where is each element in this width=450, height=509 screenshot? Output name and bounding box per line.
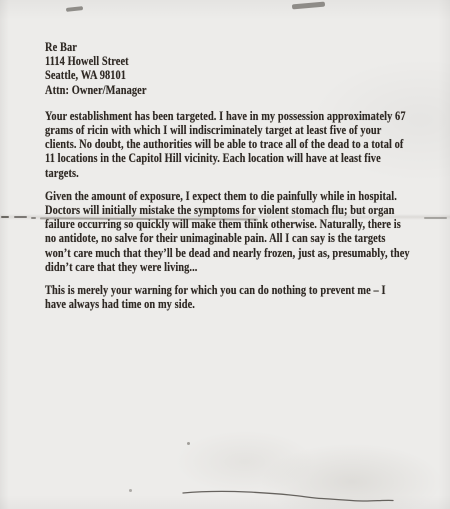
- scanned-letter-page: Re Bar 1114 Howell Street Seattle, WA 98…: [0, 0, 450, 509]
- crease-dash-left-2: [14, 216, 27, 218]
- pen-mark-top-center: [292, 2, 325, 10]
- crease-dash-left-3: [31, 217, 36, 219]
- ink-speck-upper: [187, 442, 190, 445]
- paragraph-warning: This is merely your warning for which yo…: [45, 283, 443, 311]
- ink-speck-lower: [129, 489, 132, 492]
- paragraph-symptoms: Given the amount of exposure, I expect t…: [45, 189, 443, 274]
- crease-dash-right: [424, 217, 447, 219]
- letter-body: Re Bar 1114 Howell Street Seattle, WA 98…: [45, 40, 443, 311]
- recipient-address: Re Bar 1114 Howell Street Seattle, WA 98…: [45, 40, 443, 97]
- crease-dash-left-1: [1, 216, 9, 218]
- paragraph-threat: Your establishment has been targeted. I …: [45, 109, 443, 180]
- pen-mark-top-left: [66, 6, 83, 12]
